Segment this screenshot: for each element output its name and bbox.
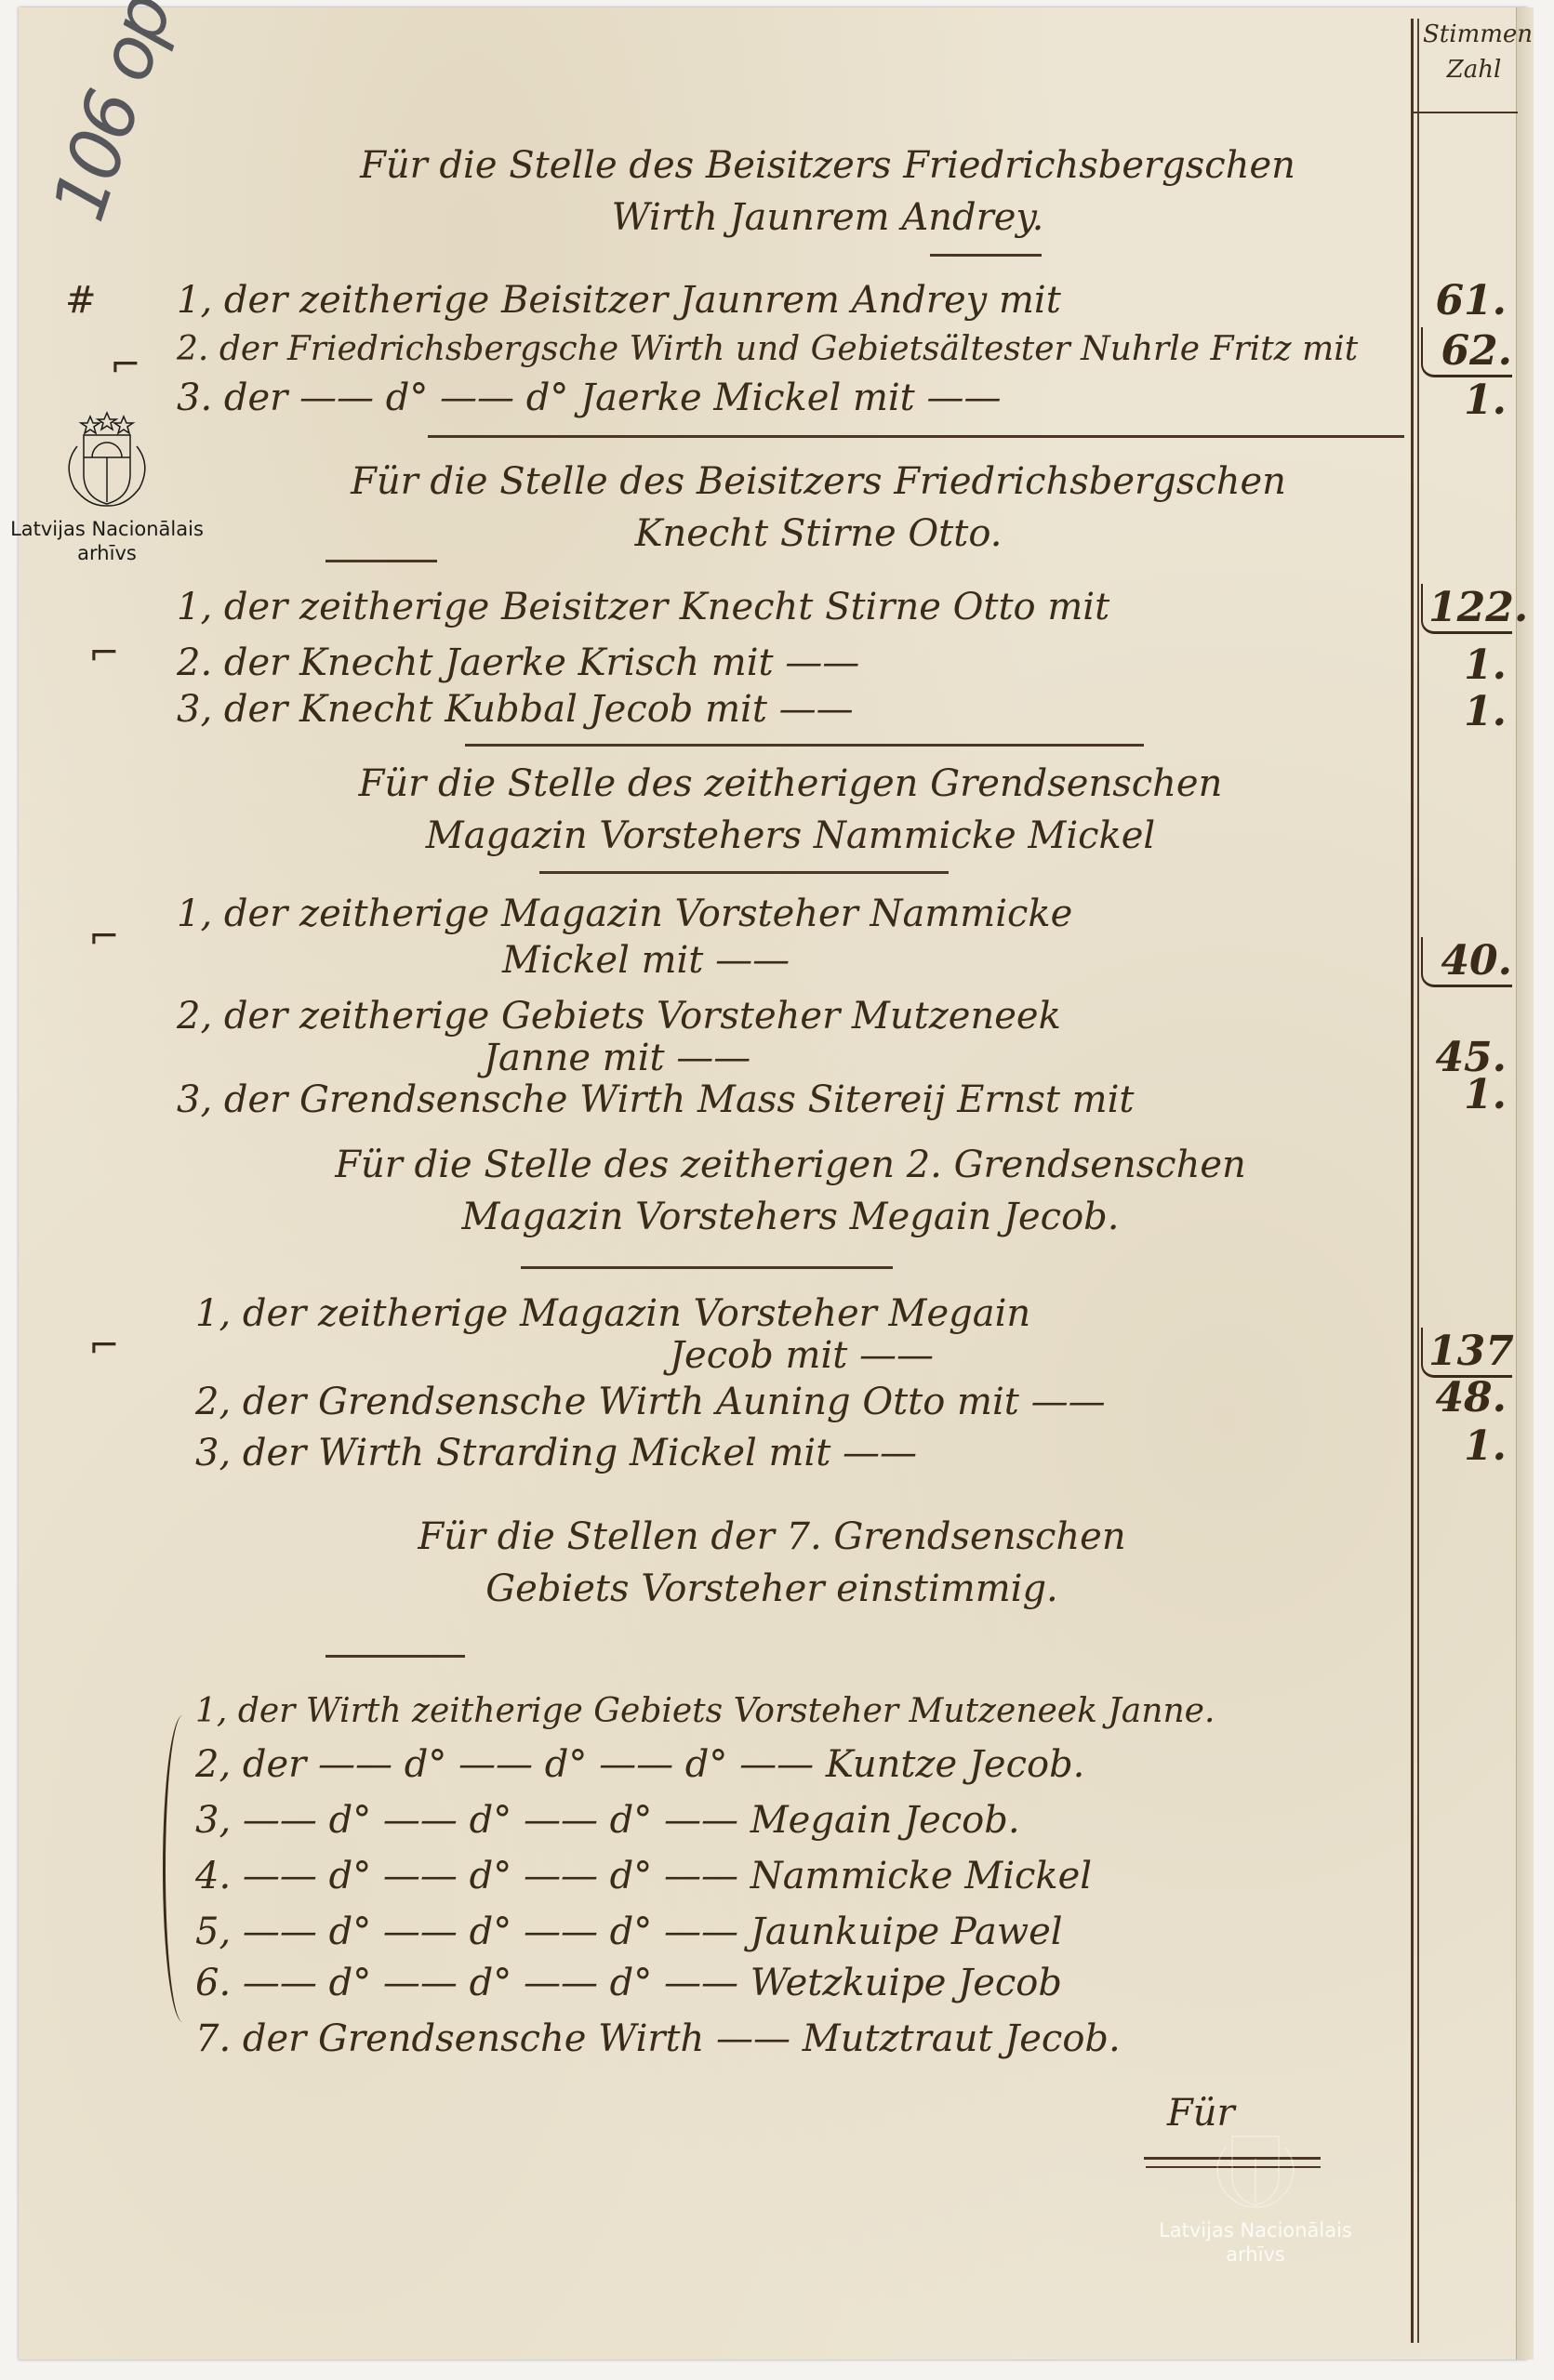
- entry-text: der zeitherige Magazin Vorsteher Megain: [243, 1292, 1030, 1335]
- votes-column-header: Stimmen Zahl: [1423, 17, 1525, 87]
- column-header-rule: [1414, 112, 1518, 113]
- entry-text: der Grendsensche Wirth Mass Sitereij Ern…: [224, 1078, 1135, 1121]
- entry-text: der Grendsensche Wirth —— Mutztraut Jeco…: [243, 2017, 1121, 2060]
- entry-number: 1,: [177, 586, 212, 628]
- entry-number: 2.: [177, 330, 208, 368]
- entry-row: 2, der —— d° —— d° —— d° —— Kuntze Jecob…: [195, 1743, 1084, 1786]
- archive-logo: Latvijas Nacionālais arhīvs: [9, 409, 205, 565]
- page-edge: [1516, 7, 1534, 2360]
- entry-row-continuation: Janne mit ——: [484, 1037, 750, 1079]
- entry-row: 1, der zeitherige Magazin Vorsteher Mega…: [195, 1292, 1030, 1335]
- entry-text: Jecob mit ——: [670, 1334, 934, 1377]
- column-header-line1: Stimmen: [1423, 17, 1525, 52]
- entry-number: 2.: [177, 641, 212, 684]
- vote-count: 1.: [1423, 377, 1507, 424]
- entry-row: 1, der zeitherige Beisitzer Knecht Stirn…: [177, 586, 1109, 628]
- entry-row: 4. —— d° —— d° —— d° —— Nammicke Mickel: [195, 1855, 1092, 1897]
- entry-row: 3, —— d° —— d° —— d° —— Megain Jecob.: [195, 1799, 1020, 1842]
- entry-number: 2,: [177, 995, 212, 1038]
- entry-number: 5,: [195, 1911, 231, 1953]
- archive-name-line2: arhīvs: [1158, 2242, 1353, 2267]
- vote-count: 1.: [1423, 1071, 1507, 1118]
- heading-line: Magazin Vorstehers Megain Jecob.: [205, 1191, 1376, 1243]
- entry-number: 6.: [195, 1962, 231, 2004]
- entry-row: 3, der Knecht Kubbal Jecob mit ——: [177, 688, 854, 731]
- entry-text: —— d° —— d° —— d° —— Megain Jecob.: [243, 1799, 1020, 1842]
- entry-row: 2. der Knecht Jaerke Krisch mit ——: [177, 641, 859, 684]
- margin-mark-hash: #: [65, 279, 97, 322]
- entry-row-continuation: Jecob mit ——: [670, 1334, 934, 1377]
- section-heading: Für die Stelle des zeitherigen Grendsens…: [205, 758, 1376, 862]
- coat-of-arms-icon: [51, 409, 163, 511]
- entry-row: 2, der zeitherige Gebiets Vorsteher Mutz…: [177, 995, 1061, 1038]
- entry-text: der —— d° —— d° Jaerke Mickel mit ——: [224, 377, 1002, 419]
- vote-count: 137: [1421, 1328, 1512, 1378]
- entry-row: 2. der Friedrichsbergsche Wirth und Gebi…: [177, 330, 1358, 368]
- vote-count: 62.: [1421, 327, 1512, 377]
- entry-row: 6. —— d° —— d° —— d° —— Wetzkuipe Jecob: [195, 1962, 1062, 2004]
- entry-number: 1,: [195, 1292, 231, 1335]
- entry-text: Mickel mit ——: [502, 939, 790, 982]
- section-rule: [930, 254, 1042, 257]
- column-header-line2: Zahl: [1423, 52, 1525, 87]
- vote-count: 61.: [1423, 277, 1507, 324]
- section-squiggle: [539, 869, 949, 874]
- entry-text: der zeitherige Beisitzer Knecht Stirne O…: [224, 586, 1109, 628]
- coat-of-arms-icon: [1200, 2110, 1311, 2213]
- entry-text: der Grendsensche Wirth Auning Otto mit —…: [243, 1381, 1106, 1423]
- entry-row: 1, der zeitherige Magazin Vorsteher Namm…: [177, 892, 1072, 935]
- entry-number: 1,: [177, 892, 212, 935]
- heading-line: Magazin Vorstehers Nammicke Mickel: [205, 810, 1376, 862]
- entry-row: 2, der Grendsensche Wirth Auning Otto mi…: [195, 1381, 1106, 1423]
- archive-name-line1: Latvijas Nacionālais: [1158, 2218, 1353, 2242]
- entry-text: der Knecht Kubbal Jecob mit ——: [224, 688, 854, 731]
- margin-mark-tick: ⌐: [88, 1325, 120, 1368]
- section-heading: Für die Stelle des zeitherigen 2. Grends…: [205, 1139, 1376, 1243]
- entry-text: der Friedrichsbergsche Wirth und Gebiets…: [219, 330, 1358, 368]
- entry-row: 3, der Grendsensche Wirth Mass Sitereij …: [177, 1078, 1134, 1121]
- entry-number: 1,: [195, 1692, 227, 1730]
- vote-count: 40.: [1421, 937, 1512, 987]
- entry-number: 2,: [195, 1381, 231, 1423]
- section-heading: Für die Stellen der 7. Grendsenschen Geb…: [223, 1511, 1321, 1615]
- entry-row: 1, der Wirth zeitherige Gebiets Vorstehe…: [195, 1692, 1215, 1730]
- entry-text: Janne mit ——: [484, 1037, 750, 1079]
- margin-mark-tick: ⌐: [88, 916, 120, 959]
- column-divider-inner: [1417, 19, 1419, 2343]
- entry-row: 1, der zeitherige Beisitzer Jaunrem Andr…: [177, 279, 1061, 322]
- section-squiggle: [325, 558, 437, 562]
- column-divider: [1411, 19, 1414, 2343]
- entry-number: 3,: [195, 1799, 231, 1842]
- entry-number: 3,: [177, 1078, 212, 1121]
- section-squiggle: [521, 1264, 893, 1269]
- heading-line: Knecht Stirne Otto.: [242, 508, 1395, 560]
- entry-number: 1,: [177, 279, 212, 322]
- entry-number: 3,: [195, 1432, 231, 1474]
- entry-text: der Knecht Jaerke Krisch mit ——: [224, 641, 859, 684]
- heading-line: Für die Stelle des zeitherigen 2. Grends…: [205, 1139, 1376, 1191]
- margin-mark-tick: ⌐: [88, 632, 120, 675]
- entry-text: der zeitherige Gebiets Vorsteher Mutzene…: [224, 995, 1061, 1038]
- entry-text: der zeitherige Beisitzer Jaunrem Andrey …: [224, 279, 1061, 322]
- entry-row: 5, —— d° —— d° —— d° —— Jaunkuipe Pawel: [195, 1911, 1063, 1953]
- vote-count: 122.: [1421, 584, 1512, 634]
- entry-text: —— d° —— d° —— d° —— Nammicke Mickel: [243, 1855, 1092, 1897]
- vote-count: 48.: [1423, 1374, 1507, 1421]
- archive-name-line1: Latvijas Nacionālais: [9, 517, 205, 541]
- heading-line: Für die Stelle des zeitherigen Grendsens…: [205, 758, 1376, 810]
- entry-number: 7.: [195, 2017, 231, 2060]
- entry-row: 7. der Grendsensche Wirth —— Mutztraut J…: [195, 2017, 1121, 2060]
- section-divider: [465, 744, 1144, 747]
- vote-count: 1.: [1423, 1422, 1507, 1470]
- entry-row-continuation: Mickel mit ——: [502, 939, 790, 982]
- entry-row: 3, der Wirth Strarding Mickel mit ——: [195, 1432, 917, 1474]
- section-heading: Für die Stelle des Beisitzers Friedrichs…: [242, 456, 1395, 560]
- entry-text: der zeitherige Magazin Vorsteher Nammick…: [224, 892, 1072, 935]
- vote-count: 1.: [1423, 641, 1507, 689]
- entry-number: 2,: [195, 1743, 231, 1786]
- margin-mark-tick: ⌐: [110, 344, 141, 387]
- vote-count: 1.: [1423, 688, 1507, 735]
- entry-text: —— d° —— d° —— d° —— Jaunkuipe Pawel: [243, 1911, 1063, 1953]
- heading-line: Für die Stellen der 7. Grendsenschen: [223, 1511, 1321, 1563]
- heading-line: Wirth Jaunrem Andrey.: [279, 192, 1376, 244]
- entry-row: 3. der —— d° —— d° Jaerke Mickel mit ——: [177, 377, 1001, 419]
- section-divider: [428, 435, 1404, 438]
- heading-line: Für die Stelle des Beisitzers Friedrichs…: [242, 456, 1395, 508]
- entry-text: —— d° —— d° —— d° —— Wetzkuipe Jecob: [243, 1962, 1062, 2004]
- archive-name-line2: arhīvs: [9, 541, 205, 565]
- heading-line: Gebiets Vorsteher einstimmig.: [223, 1563, 1321, 1615]
- section-heading: Für die Stelle des Beisitzers Friedrichs…: [279, 139, 1376, 244]
- heading-line: Für die Stelle des Beisitzers Friedrichs…: [279, 139, 1376, 192]
- entry-text: der —— d° —— d° —— d° —— Kuntze Jecob.: [243, 1743, 1085, 1786]
- section-squiggle: [325, 1653, 465, 1658]
- entry-text: der Wirth zeitherige Gebiets Vorsteher M…: [238, 1692, 1215, 1730]
- entry-text: der Wirth Strarding Mickel mit ——: [243, 1432, 917, 1474]
- entry-number: 3,: [177, 688, 212, 731]
- entry-number: 4.: [195, 1855, 231, 1897]
- archive-watermark: Latvijas Nacionālais arhīvs: [1158, 2110, 1353, 2267]
